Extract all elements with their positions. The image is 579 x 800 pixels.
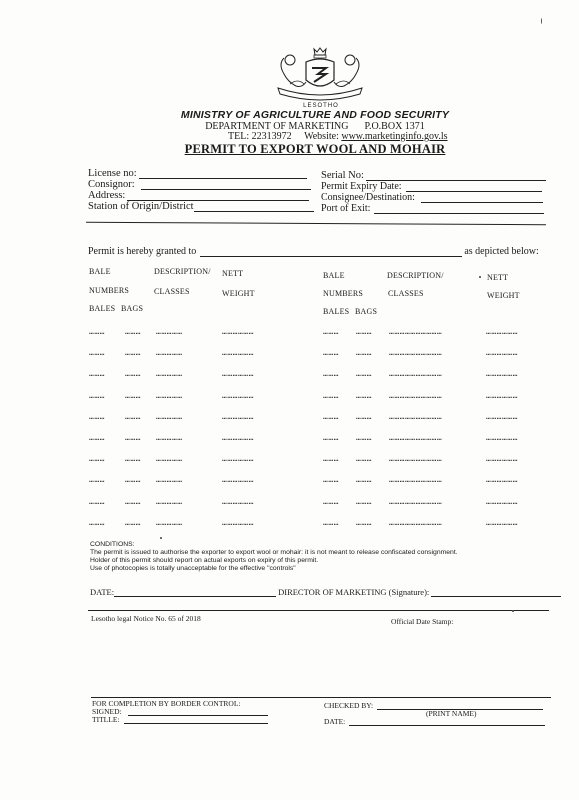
weight-cell-right[interactable]: ……………… (486, 518, 518, 527)
print-name-label: (PRINT NAME) (426, 710, 477, 718)
bales-cell[interactable]: ……… (89, 348, 105, 357)
description-cell-right[interactable]: ………………………… (389, 327, 442, 336)
weight-cell-right[interactable]: ……………… (486, 348, 518, 357)
bags-cell-right[interactable]: ……… (356, 518, 372, 527)
description-cell-right[interactable]: ………………………… (389, 475, 442, 484)
bales-cell[interactable]: ……… (89, 327, 105, 336)
grant-line: Permit is hereby granted toas depicted b… (88, 246, 539, 257)
col-bales-right: BALES (323, 307, 349, 316)
date-label: DATE: (90, 587, 114, 597)
weight-cell[interactable]: ……………… (222, 348, 254, 357)
weight-cell-right[interactable]: ……………… (486, 412, 518, 421)
consignee-destination-field[interactable]: Consignee/Destination: (321, 192, 543, 203)
permit-expiry-date-input[interactable] (406, 182, 542, 192)
condition-line: The permit is issued to authorise the ex… (90, 549, 458, 557)
weight-cell[interactable]: ……………… (222, 433, 254, 442)
conditions-heading: CONDITIONS: (90, 541, 458, 549)
description-cell[interactable]: …………… (156, 518, 183, 527)
address-input[interactable] (127, 191, 309, 201)
bales-cell[interactable]: ……… (89, 454, 105, 463)
title-input[interactable] (124, 717, 268, 724)
port-of-exit-field[interactable]: Port of Exit: (321, 203, 544, 214)
scan-artifact (160, 537, 162, 539)
weight-cell-right[interactable]: ……………… (486, 454, 518, 463)
description-cell-right[interactable]: ………………………… (389, 348, 442, 357)
bales-cell-right[interactable]: ……… (323, 475, 339, 484)
title-field[interactable]: TITLLE: (92, 716, 268, 724)
bales-cell-right[interactable]: ……… (323, 348, 339, 357)
col-description: DESCRIPTION/ (154, 267, 211, 276)
description-cell[interactable]: …………… (156, 391, 183, 400)
weight-cell[interactable]: ……………… (222, 369, 254, 378)
description-cell[interactable]: …………… (156, 454, 183, 463)
bales-cell[interactable]: ……… (89, 497, 105, 506)
license-no-field[interactable]: License no: (88, 168, 307, 179)
grant-suffix: as depicted below: (464, 246, 538, 257)
field-label: Consignee/Destination: (321, 192, 415, 203)
bales-cell-right[interactable]: ……… (323, 369, 339, 378)
description-cell-right[interactable]: ………………………… (389, 391, 442, 400)
director-label: DIRECTOR OF MARKETING (Signature): (278, 587, 429, 597)
bags-cell[interactable]: ……… (125, 475, 141, 484)
document-title: PERMIT TO EXPORT WOOL AND MOHAIR (150, 142, 480, 157)
bags-cell[interactable]: ……… (125, 327, 141, 336)
weight-cell-right[interactable]: ……………… (486, 391, 518, 400)
condition-line: Holder of this permit should report on a… (90, 557, 458, 565)
bales-cell[interactable]: ……… (89, 369, 105, 378)
bags-cell[interactable]: ……… (125, 518, 141, 527)
bags-cell[interactable]: ……… (125, 412, 141, 421)
weight-cell-right[interactable]: ……………… (486, 475, 518, 484)
license-no-input[interactable] (139, 169, 307, 179)
border-date-field[interactable]: DATE: (324, 718, 545, 726)
description-cell-right[interactable]: ………………………… (389, 433, 442, 442)
border-date-input[interactable] (349, 719, 545, 726)
col-description-right: DESCRIPTION/ (387, 271, 444, 280)
weight-cell-right[interactable]: ……………… (486, 369, 518, 378)
bags-cell[interactable]: ……… (125, 497, 141, 506)
description-cell[interactable]: …………… (156, 412, 183, 421)
bales-cell-right[interactable]: ……… (323, 412, 339, 421)
signature-row: DATE:DIRECTOR OF MARKETING (Signature): (90, 587, 561, 597)
description-cell-right[interactable]: ………………………… (389, 454, 442, 463)
description-cell[interactable]: …………… (156, 327, 183, 336)
bales-cell-right[interactable]: ……… (323, 497, 339, 506)
bags-cell[interactable]: ……… (125, 369, 141, 378)
signed-input[interactable] (128, 709, 268, 716)
description-cell[interactable]: …………… (156, 475, 183, 484)
conditions-block: CONDITIONS: The permit is issued to auth… (90, 541, 458, 573)
serial-no-input[interactable] (366, 171, 546, 181)
field-label: Station of Origin/District (88, 201, 194, 212)
weight-cell[interactable]: ……………… (222, 412, 254, 421)
port-of-exit-input[interactable] (374, 204, 544, 214)
checked-by-label: CHECKED BY: (324, 701, 373, 710)
field-label: Serial No: (321, 170, 364, 181)
website-link[interactable]: www.marketinginfo.gov.ls (341, 131, 447, 142)
telephone: TEL: 22313972 (228, 131, 292, 142)
bags-cell-right[interactable]: ……… (356, 369, 372, 378)
description-cell-right[interactable]: ………………………… (389, 497, 442, 506)
field-label: Address: (88, 190, 125, 201)
serial-no-field[interactable]: Serial No: (321, 170, 546, 181)
col-bags-right: BAGS (355, 307, 377, 316)
grant-prefix: Permit is hereby granted to (88, 246, 196, 257)
description-cell[interactable]: …………… (156, 348, 183, 357)
weight-cell-right[interactable]: ……………… (486, 433, 518, 442)
condition-line: Use of photocopies is totally unacceptab… (90, 565, 458, 573)
scan-artifact (512, 610, 514, 612)
bags-cell[interactable]: ……… (125, 454, 141, 463)
weight-cell[interactable]: ……………… (222, 475, 254, 484)
address-field[interactable]: Address: (88, 190, 309, 201)
weight-cell[interactable]: ……………… (222, 391, 254, 400)
col-bales: BALES (89, 304, 115, 313)
date-input[interactable] (114, 589, 276, 597)
field-label: Consignor: (88, 179, 135, 190)
field-label: License no: (88, 168, 137, 179)
bales-cell-right[interactable]: ……… (323, 327, 339, 336)
bags-cell-right[interactable]: ……… (356, 348, 372, 357)
contact-line: TEL: 22313972 Website: www.marketinginfo… (228, 131, 448, 142)
field-label: Port of Exit: (321, 203, 370, 214)
consignee-destination-input[interactable] (421, 193, 543, 203)
consignor-input[interactable] (141, 180, 311, 190)
col-nett-right: NETT (487, 273, 508, 282)
col-weight-right: WEIGHT (487, 291, 520, 300)
title-label: TITLLE: (92, 715, 120, 724)
bags-cell-right[interactable]: ……… (356, 391, 372, 400)
weight-cell[interactable]: ……………… (222, 454, 254, 463)
bales-cell-right[interactable]: ……… (323, 518, 339, 527)
bales-cell[interactable]: ……… (89, 518, 105, 527)
col-nett: NETT (222, 269, 243, 278)
bags-cell[interactable]: ……… (125, 433, 141, 442)
official-date-stamp-label: Official Date Stamp: (391, 617, 453, 626)
col-bale-right: BALE (323, 271, 345, 280)
weight-cell-right[interactable]: ……………… (486, 327, 518, 336)
weight-cell-right[interactable]: ……………… (486, 497, 518, 506)
description-cell-right[interactable]: ………………………… (389, 412, 442, 421)
col-numbers: NUMBERS (89, 286, 129, 295)
legal-notice: Lesotho legal Notice No. 65 of 2018 (91, 614, 201, 623)
field-label: Permit Expiry Date: (321, 181, 402, 192)
bales-cell[interactable]: ……… (89, 391, 105, 400)
ministry-name: MINISTRY OF AGRICULTURE AND FOOD SECURIT… (150, 109, 480, 121)
station-of-origin-input[interactable] (194, 202, 314, 212)
website-label: Website: (304, 131, 339, 142)
col-classes-right: CLASSES (388, 289, 424, 298)
bales-cell[interactable]: ……… (89, 412, 105, 421)
weight-cell[interactable]: ……………… (222, 497, 254, 506)
signature-divider (88, 610, 549, 611)
description-cell[interactable]: …………… (156, 497, 183, 506)
permit-expiry-date-field[interactable]: Permit Expiry Date: (321, 181, 542, 192)
grantee-input[interactable] (200, 247, 462, 257)
bales-cell[interactable]: ……… (89, 433, 105, 442)
description-cell[interactable]: …………… (156, 433, 183, 442)
bags-cell-right[interactable]: ……… (356, 412, 372, 421)
bags-cell[interactable]: ……… (125, 391, 141, 400)
scan-artifact (479, 276, 481, 278)
bales-cell[interactable]: ……… (89, 475, 105, 484)
scan-artifact (541, 18, 542, 24)
description-cell-right[interactable]: ………………………… (389, 518, 442, 527)
bags-cell[interactable]: ……… (125, 348, 141, 357)
col-classes: CLASSES (154, 287, 190, 296)
bags-cell-right[interactable]: ……… (356, 454, 372, 463)
weight-cell[interactable]: ……………… (222, 327, 254, 336)
description-cell[interactable]: …………… (156, 369, 183, 378)
bags-cell-right[interactable]: ……… (356, 497, 372, 506)
station-of-origin-field[interactable]: Station of Origin/District (88, 201, 314, 212)
bags-cell-right[interactable]: ……… (356, 433, 372, 442)
director-signature-input[interactable] (431, 589, 561, 597)
section-divider (86, 222, 546, 225)
bales-cell-right[interactable]: ……… (323, 433, 339, 442)
weight-cell[interactable]: ……………… (222, 518, 254, 527)
border-control-divider (91, 697, 551, 698)
bales-cell-right[interactable]: ……… (323, 454, 339, 463)
description-cell-right[interactable]: ………………………… (389, 369, 442, 378)
bales-cell-right[interactable]: ……… (323, 391, 339, 400)
col-numbers-right: NUMBERS (323, 289, 363, 298)
bags-cell-right[interactable]: ……… (356, 475, 372, 484)
col-bale: BALE (89, 267, 111, 276)
bags-cell-right[interactable]: ……… (356, 327, 372, 336)
border-date-label: DATE: (324, 717, 345, 726)
col-weight: WEIGHT (222, 289, 255, 298)
lesotho-coat-of-arms-icon (270, 44, 370, 104)
col-bags: BAGS (121, 304, 143, 313)
consignor-field[interactable]: Consignor: (88, 179, 311, 190)
